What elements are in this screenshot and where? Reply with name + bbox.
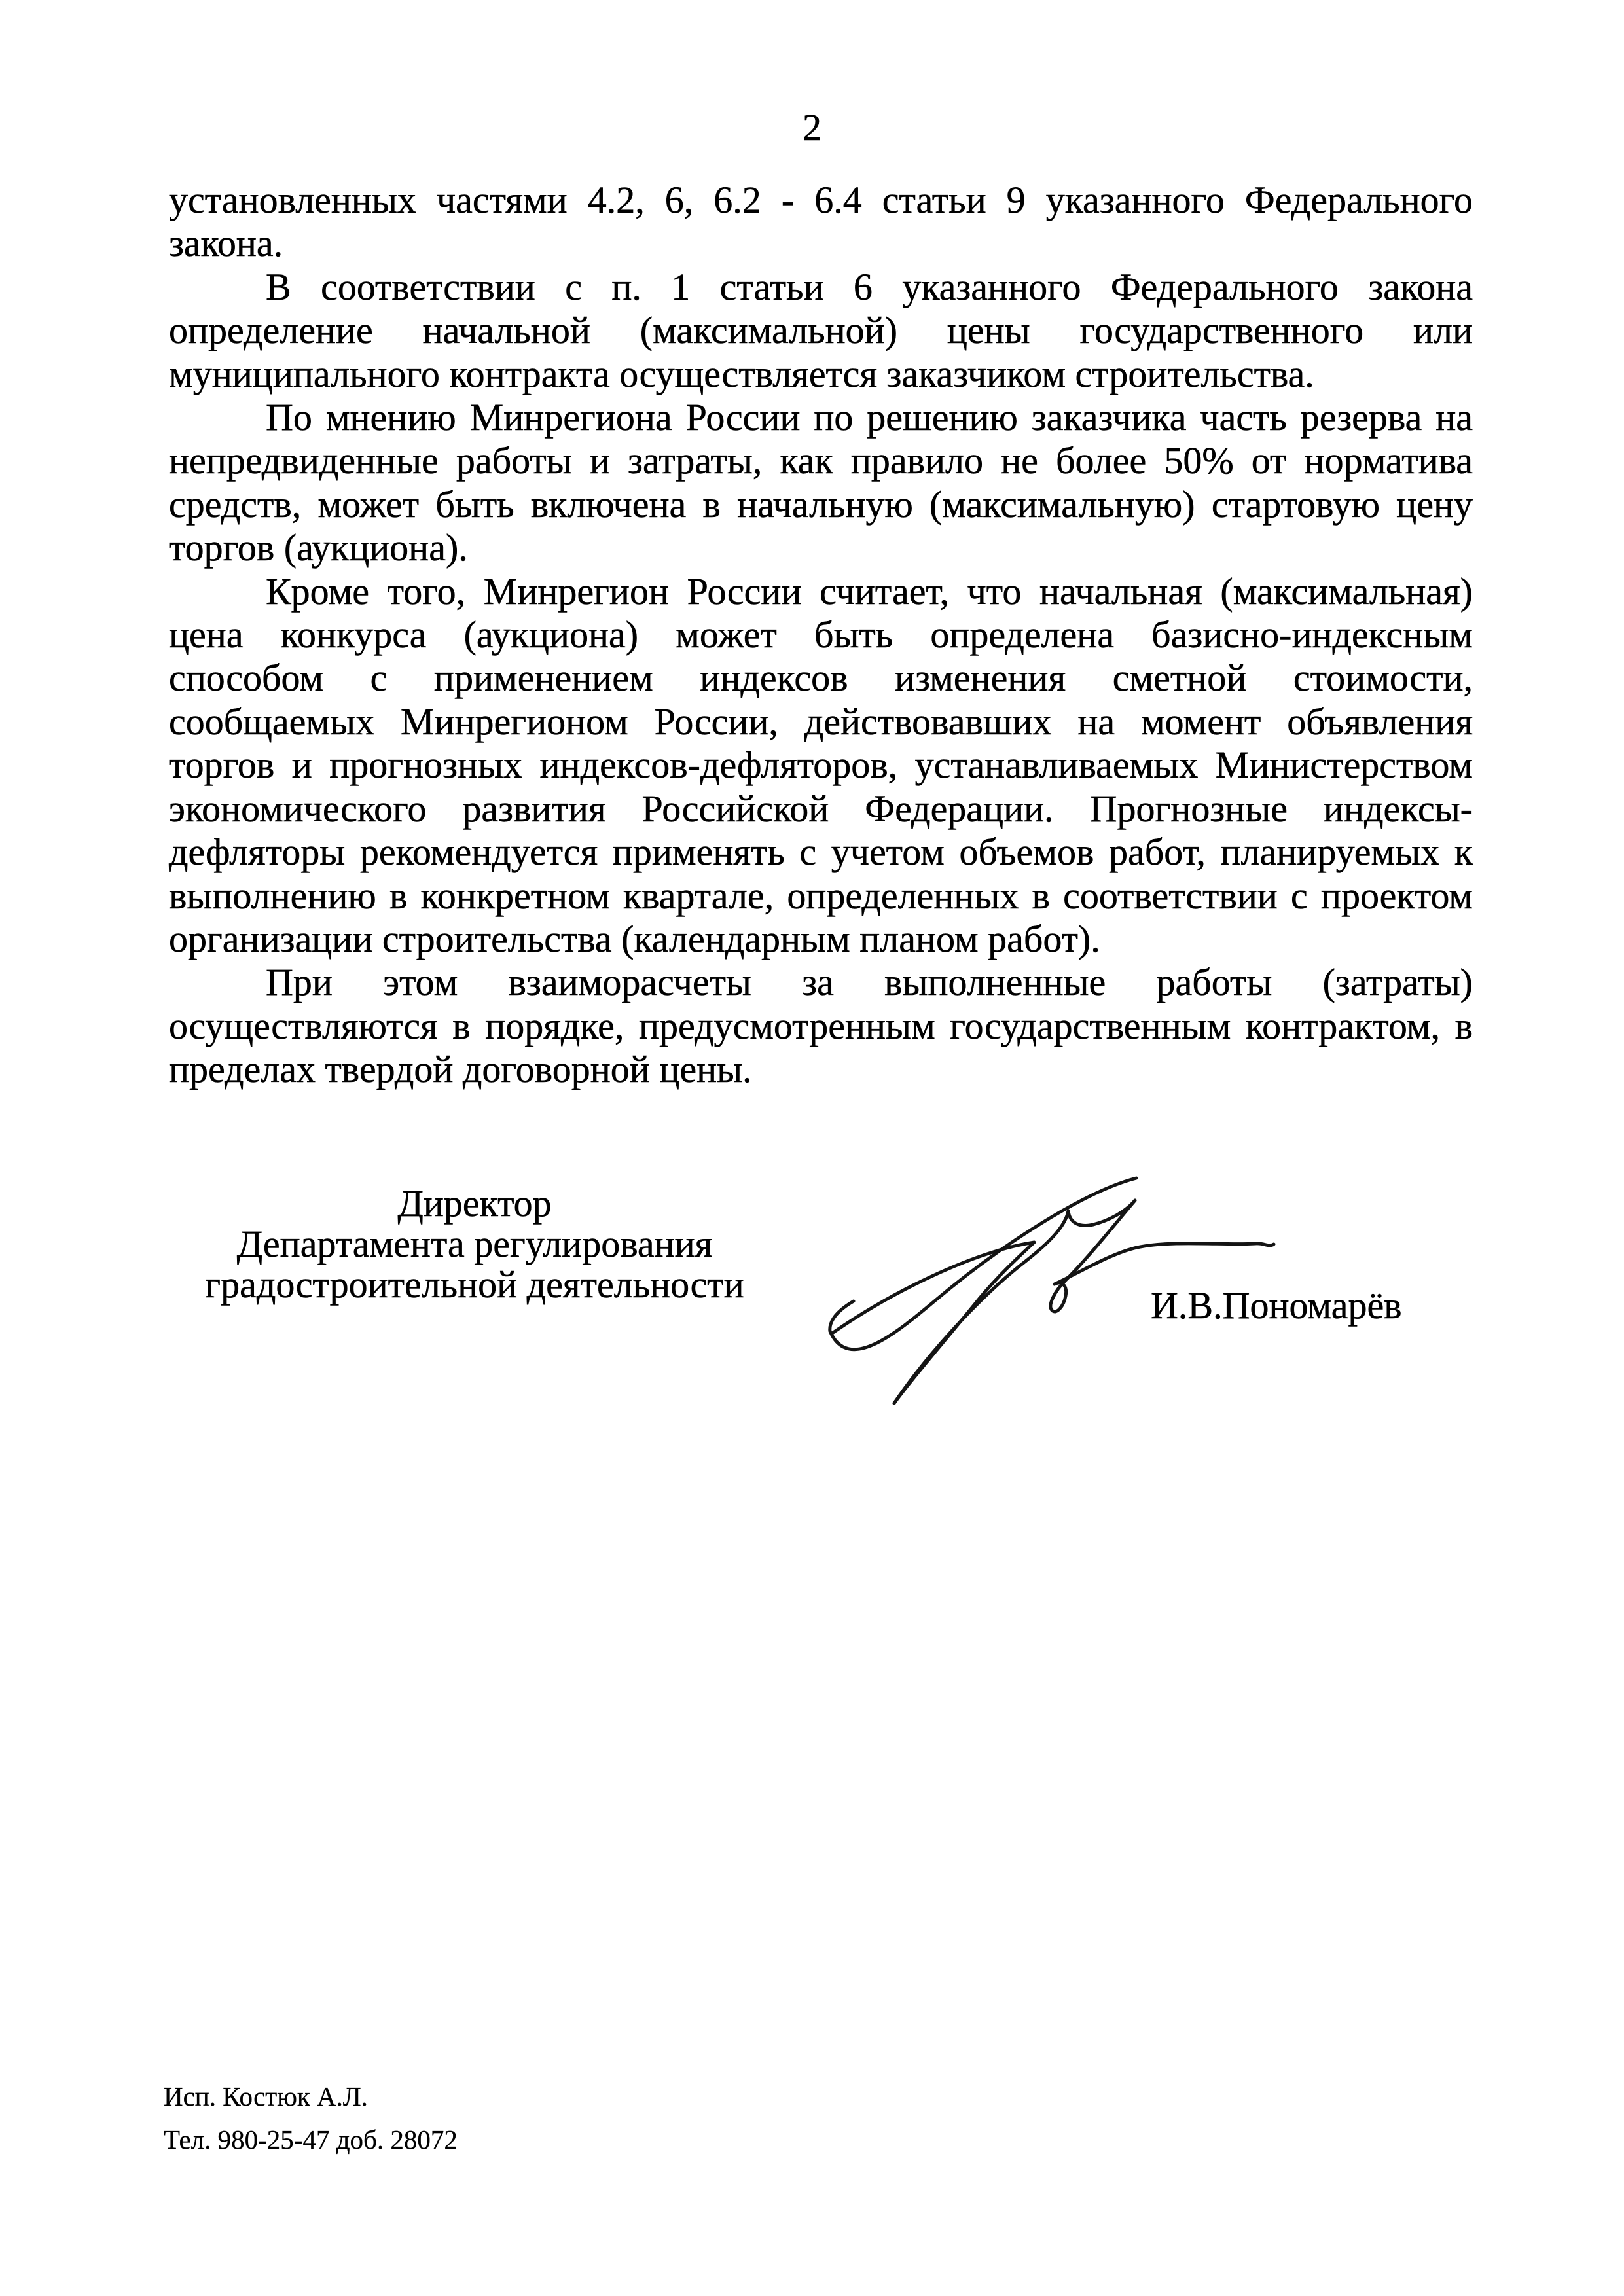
signatory-title-line: Департамента регулирования: [183, 1224, 766, 1265]
paragraph: При этом взаиморасчеты за выполненные ра…: [169, 961, 1473, 1091]
signatory-title-line: Директор: [183, 1183, 766, 1224]
text-line: цена конкурса (аукциона) может быть опре…: [169, 613, 1473, 656]
signatory-title-line: градостроительной деятельности: [183, 1265, 766, 1305]
text-line: организации строительства (календарным п…: [169, 918, 1473, 961]
text-line: торгов (аукциона).: [169, 526, 1473, 569]
paragraph: По мнению Минрегиона России по решению з…: [169, 396, 1473, 570]
text-line: определение начальной (максимальной) цен…: [169, 309, 1473, 352]
text-line: закона.: [169, 222, 1473, 265]
page-number: 2: [0, 106, 1624, 149]
text-line: средств, может быть включена в начальную…: [169, 483, 1473, 526]
paragraph: В соответствии с п. 1 статьи 6 указанног…: [169, 266, 1473, 396]
text-line: выполнению в конкретном квартале, опреде…: [169, 874, 1473, 918]
paragraph: Кроме того, Минрегион России считает, чт…: [169, 570, 1473, 961]
scanned-letter-page: { "page": { "number": "2", "background_c…: [0, 0, 1624, 2296]
text-line: Кроме того, Минрегион России считает, чт…: [169, 570, 1473, 613]
executor-footer: Исп. Костюк А.Л. Тел. 980-25-47 доб. 280…: [164, 2075, 458, 2161]
text-line: сообщаемых Минрегионом России, действова…: [169, 700, 1473, 744]
letter-body: установленных частями 4.2, 6, 6.2 - 6.4 …: [169, 179, 1473, 1092]
text-line: пределах твердой договорной цены.: [169, 1048, 1473, 1091]
text-line: торгов и прогнозных индексов-дефляторов,…: [169, 744, 1473, 787]
signatory-title: Директор Департамента регулирования град…: [183, 1183, 766, 1305]
text-line: В соответствии с п. 1 статьи 6 указанног…: [169, 266, 1473, 309]
text-line: муниципального контракта осуществляется …: [169, 353, 1473, 396]
text-line: По мнению Минрегиона России по решению з…: [169, 396, 1473, 439]
phone-line: Тел. 980-25-47 доб. 28072: [164, 2118, 458, 2161]
paragraph: установленных частями 4.2, 6, 6.2 - 6.4 …: [169, 179, 1473, 266]
text-line: непредвиденные работы и затраты, как пра…: [169, 439, 1473, 482]
text-line: установленных частями 4.2, 6, 6.2 - 6.4 …: [169, 179, 1473, 222]
text-line: способом с применением индексов изменени…: [169, 656, 1473, 700]
text-line: осуществляются в порядке, предусмотренны…: [169, 1005, 1473, 1048]
text-line: экономического развития Российской Федер…: [169, 787, 1473, 831]
signatory-name: И.В.Пономарёв: [1151, 1284, 1402, 1327]
text-line: При этом взаиморасчеты за выполненные ра…: [169, 961, 1473, 1004]
executor-line: Исп. Костюк А.Л.: [164, 2075, 458, 2118]
text-line: дефляторы рекомендуется применять с учет…: [169, 831, 1473, 874]
